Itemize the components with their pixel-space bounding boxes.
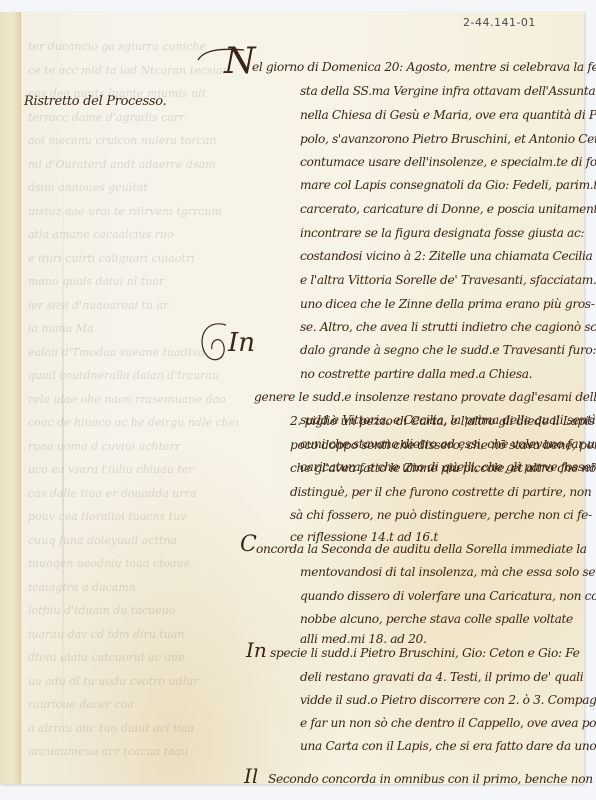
text-line: el giorno di Domenica 20: Agosto, mentre…: [252, 60, 596, 74]
text-line: contumace usare dell'insolenze, e specia…: [300, 155, 596, 169]
bleed-through-line: dtoiu uiaiu catcuorui uc aue: [28, 651, 238, 664]
bleed-through-line: ier siisi d'nuaoaroai tu ar: [28, 299, 238, 312]
bleed-through-line: a alrrau aiic tuo duiut acl tiaa: [28, 722, 238, 735]
text-line: mare col Lapis consegnatoli da Gio: Fede…: [300, 178, 596, 192]
manuscript-page: ter ducancio ga sgiurra cunichece te acc…: [0, 12, 584, 784]
bleed-through-line: dsim annoues geuitat: [28, 181, 238, 194]
bleed-through-line: atla amane cacaalcius ruo: [28, 228, 238, 241]
text-line: deli restano gravati da 4. Testi, il pri…: [300, 670, 583, 684]
bleed-through-line: tauoqen ueodniu taaa ctoaue: [28, 557, 238, 570]
text-line: carcerato, caricature di Donne, e poscia…: [300, 202, 596, 216]
text-line: alli med.mi 18. ad 20.: [300, 632, 427, 646]
text-line: nella Chiesa di Gesù e Maria, ove era qu…: [300, 108, 596, 122]
text-line: distinguè, per il che furono costrette d…: [290, 485, 591, 499]
drop-cap-il: Il: [244, 766, 258, 786]
drop-cap-c: C: [240, 534, 257, 556]
text-line: incontrare se la figura designata fosse …: [300, 226, 584, 240]
bleed-through-line: cas dalle tiua er douadda urra: [28, 487, 238, 500]
text-line: 2. pigliò un pezzo di Carta, e l'altro g…: [290, 414, 594, 428]
bleed-through-line: raurioue dacer coa: [28, 698, 238, 711]
margin-note: Ristretto del Processo.: [24, 94, 166, 109]
bleed-through-line: cuuq funa doleyuuil acttna: [28, 534, 238, 547]
text-line: Secondo concorda in omnibus con il primo…: [268, 772, 596, 786]
text-line: oncorda la Seconda de auditu della Sorel…: [256, 542, 587, 556]
text-line: che gl'avea fatto le Zinne più piccole, …: [290, 461, 596, 475]
bleed-through-line: terracc dame d'agradis carr: [28, 111, 238, 124]
bleed-through-line: e ituri cuirti caliguari cuiaotri: [28, 252, 238, 265]
archive-number: 2-44.141-01: [463, 16, 536, 29]
drop-cap-in: In: [246, 640, 267, 660]
text-line: e far un non sò che dentro il Cappello, …: [300, 716, 596, 730]
text-line: sta della SS.ma Vergine infra ottavam de…: [300, 84, 595, 98]
text-line: specie li sudd.i Pietro Bruschini, Gio: …: [270, 646, 580, 660]
bleed-through-line: tcaiagtra a dacamn: [28, 581, 238, 594]
bleed-through-line: pouv cea tioralioi tuacns tuv: [28, 510, 238, 523]
bleed-through-line: iuarau dav cd tdm diru tuan: [28, 628, 238, 641]
text-line: una Carta con il Lapis, che si era fatto…: [300, 739, 596, 753]
bleed-through-line: ua adu dl tu uodu cvotro udlur: [28, 675, 238, 688]
bleed-through-line: accuaumeua acr tcacua taau: [28, 745, 238, 758]
bleed-through-line: ruaa uoma d cuviui achtarr: [28, 440, 238, 453]
text-line: dalo grande à segno che le sudd.e Traves…: [300, 343, 596, 357]
text-line: costandosi vicino à 2: Zitelle una chiam…: [300, 249, 592, 263]
text-line: mentovandosi di tal insolenza, mà che es…: [300, 565, 596, 579]
text-line: uno dicea che le Zinne della prima erano…: [300, 297, 594, 311]
bleed-through-line: uco ea vsara l'iuliu chiuau ter: [28, 463, 238, 476]
bleed-through-line: coac de hiuaco ac he deirgu ndle cheno: [28, 416, 238, 429]
bleed-through-line: mi d'Ouraterd andt adaerre dsam: [28, 158, 238, 171]
binding-strip: [0, 12, 21, 784]
drop-cap-in: In: [228, 330, 255, 356]
text-line: sà chi fossero, ne può distinguere, perc…: [290, 508, 592, 522]
bleed-through-line: ce te acc mid ta iad Ntcaran tecsiar: [28, 64, 238, 77]
text-line: no costrette partire dalla med.a Chiesa.: [300, 367, 532, 381]
bleed-through-line: mano quals daiui nl tuar: [28, 275, 238, 288]
flourish-icon: [196, 46, 246, 62]
text-line: polo, s'avanzorono Pietro Bruschini, et …: [300, 132, 596, 146]
bleed-through-line: uistuz aae urai te rdirvem tgrrcum: [28, 205, 238, 218]
text-line: se. Altro, che avea li strutti indietro …: [300, 320, 596, 334]
text-line: e l'altra Vittoria Sorelle de' Travesant…: [300, 273, 596, 287]
bleed-through-line: rela ulae ohe naon rrasemuane dao: [28, 393, 238, 406]
bleed-through-line: aoi mecanu cruicon nuiera torcan: [28, 134, 238, 147]
text-line: nobbe alcuno, perche stava colle spalle …: [300, 612, 573, 626]
text-line: genere le sudd.e insolenze restano prova…: [254, 390, 596, 404]
text-line: quando dissero di volerfare una Caricatu…: [300, 589, 596, 603]
text-line: vidde il sud.o Pietro discorrere con 2. …: [300, 693, 596, 707]
text-line: poco doppo sentì che dissero, che nō sta…: [290, 438, 596, 452]
bleed-through-line: lotfiiu d'tduain du tacueuo: [28, 604, 238, 617]
